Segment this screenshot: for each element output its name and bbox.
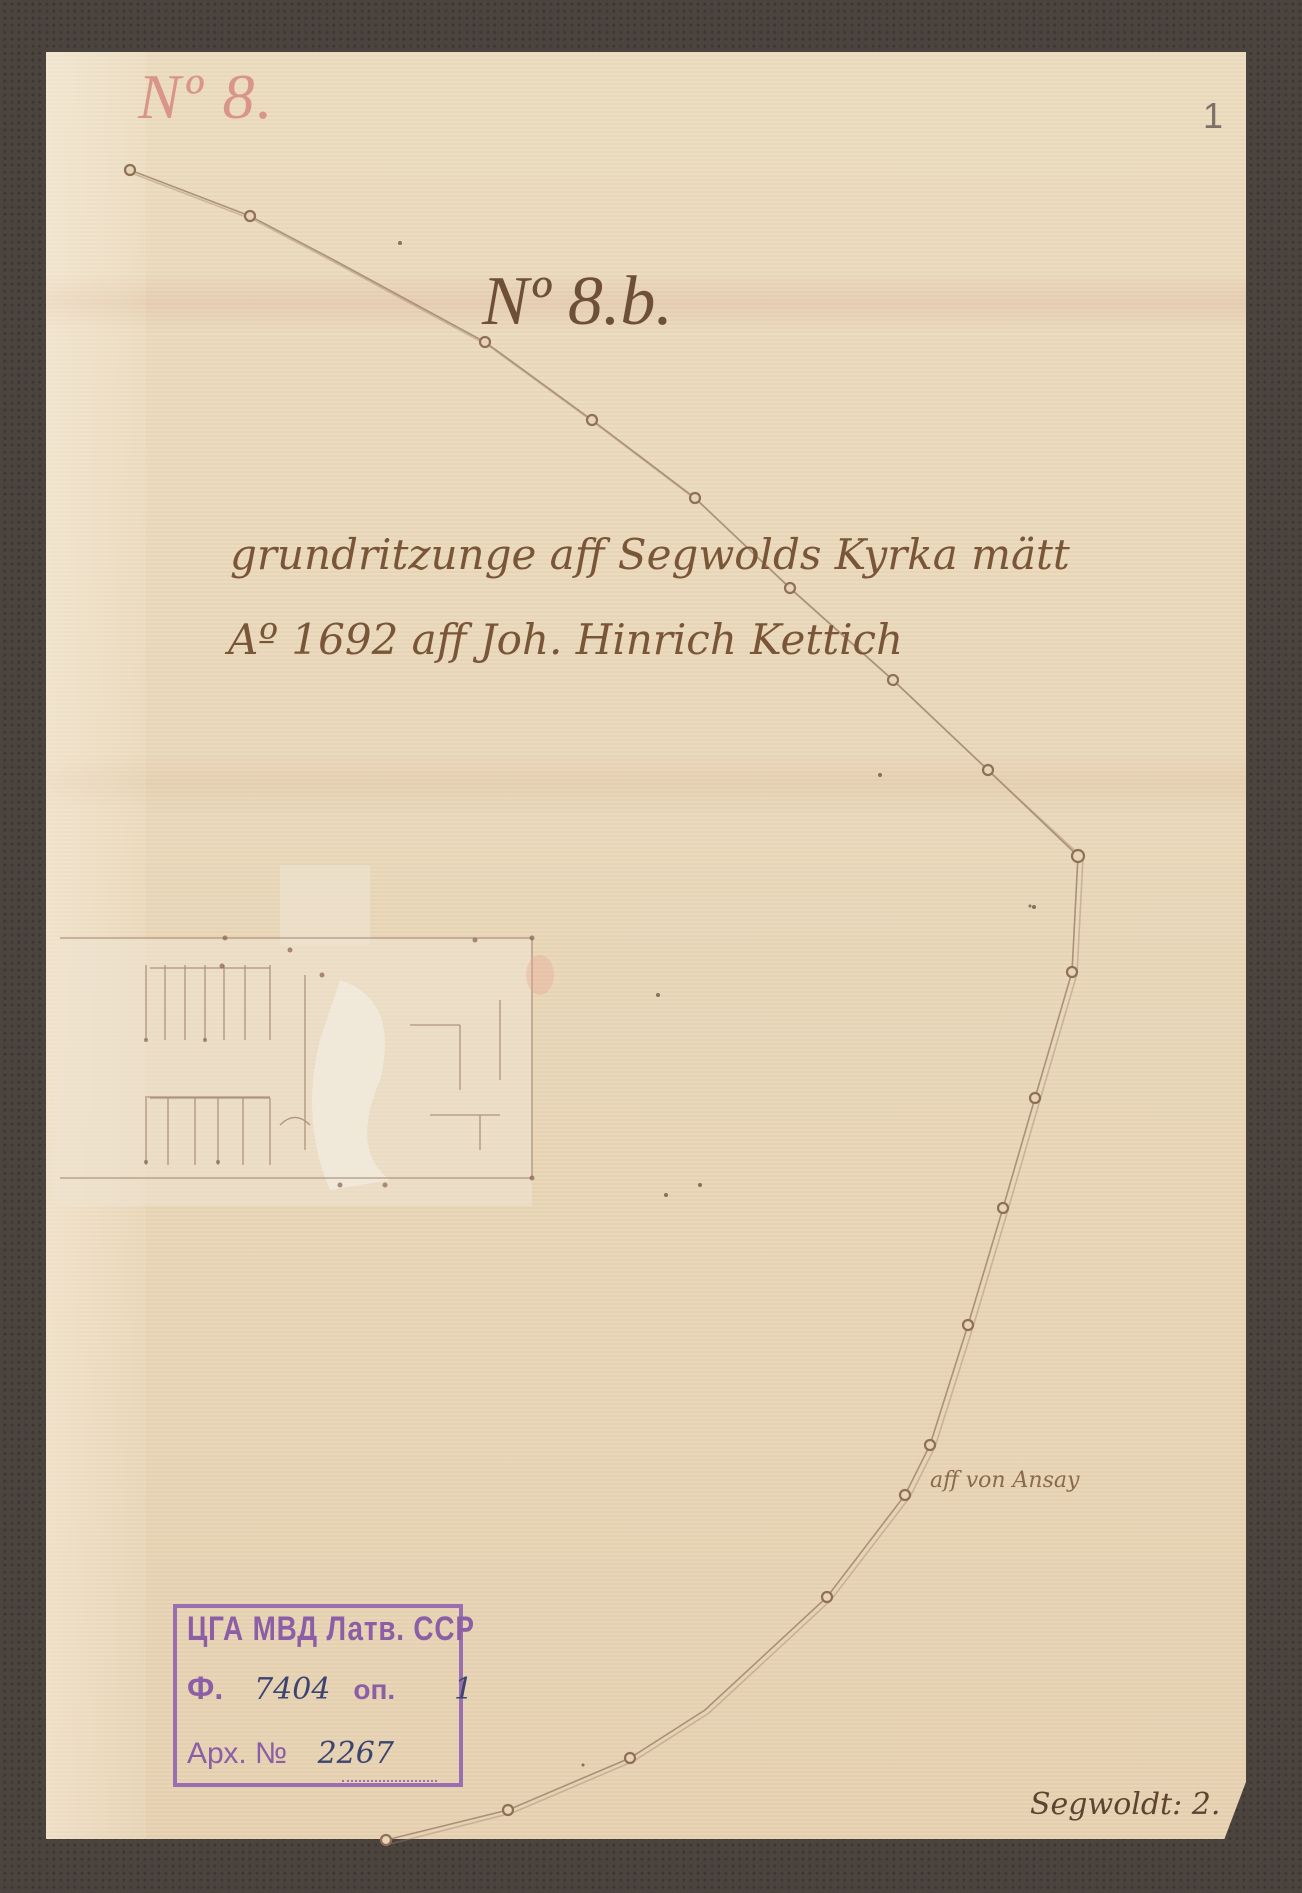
boundary-margin-note: aff von Ansay — [930, 1468, 1079, 1493]
stamp-archive-value: 2267 — [318, 1736, 394, 1771]
stamp-archive-name: ЦГА МВД Латв. ССР — [187, 1610, 475, 1649]
stamp-archive-row: Арх. № 2267 — [187, 1736, 394, 1771]
church-floor-plan — [54, 865, 554, 1206]
page-number: 1 — [1203, 95, 1223, 137]
location-signature: Segwoldt: 2. — [1030, 1787, 1220, 1822]
handwritten-title-line-2: Aº 1692 aff Joh. Hinrich Kettich — [228, 615, 903, 664]
stamp-fond-row: Ф. 7404 оп. 1 — [187, 1670, 473, 1707]
stamp-archive-label: Арх. № — [187, 1737, 287, 1770]
stamp-dotted-line — [342, 1780, 437, 1782]
archive-stamp: ЦГА МВД Латв. ССР Ф. 7404 оп. 1 Арх. № 2… — [173, 1604, 463, 1787]
red-pencil-number: Nº 8. — [138, 60, 275, 134]
stamp-opis-value: 1 — [454, 1672, 473, 1707]
stamp-fond-label: Ф. — [187, 1670, 223, 1706]
stamp-fond-value: 7404 — [254, 1672, 330, 1707]
stamp-opis-label: оп. — [353, 1674, 395, 1705]
handwritten-title-line-1: grundritzunge aff Segwolds Kyrka mätt — [230, 530, 1070, 579]
document-number-title: Nº 8.b. — [482, 262, 673, 342]
